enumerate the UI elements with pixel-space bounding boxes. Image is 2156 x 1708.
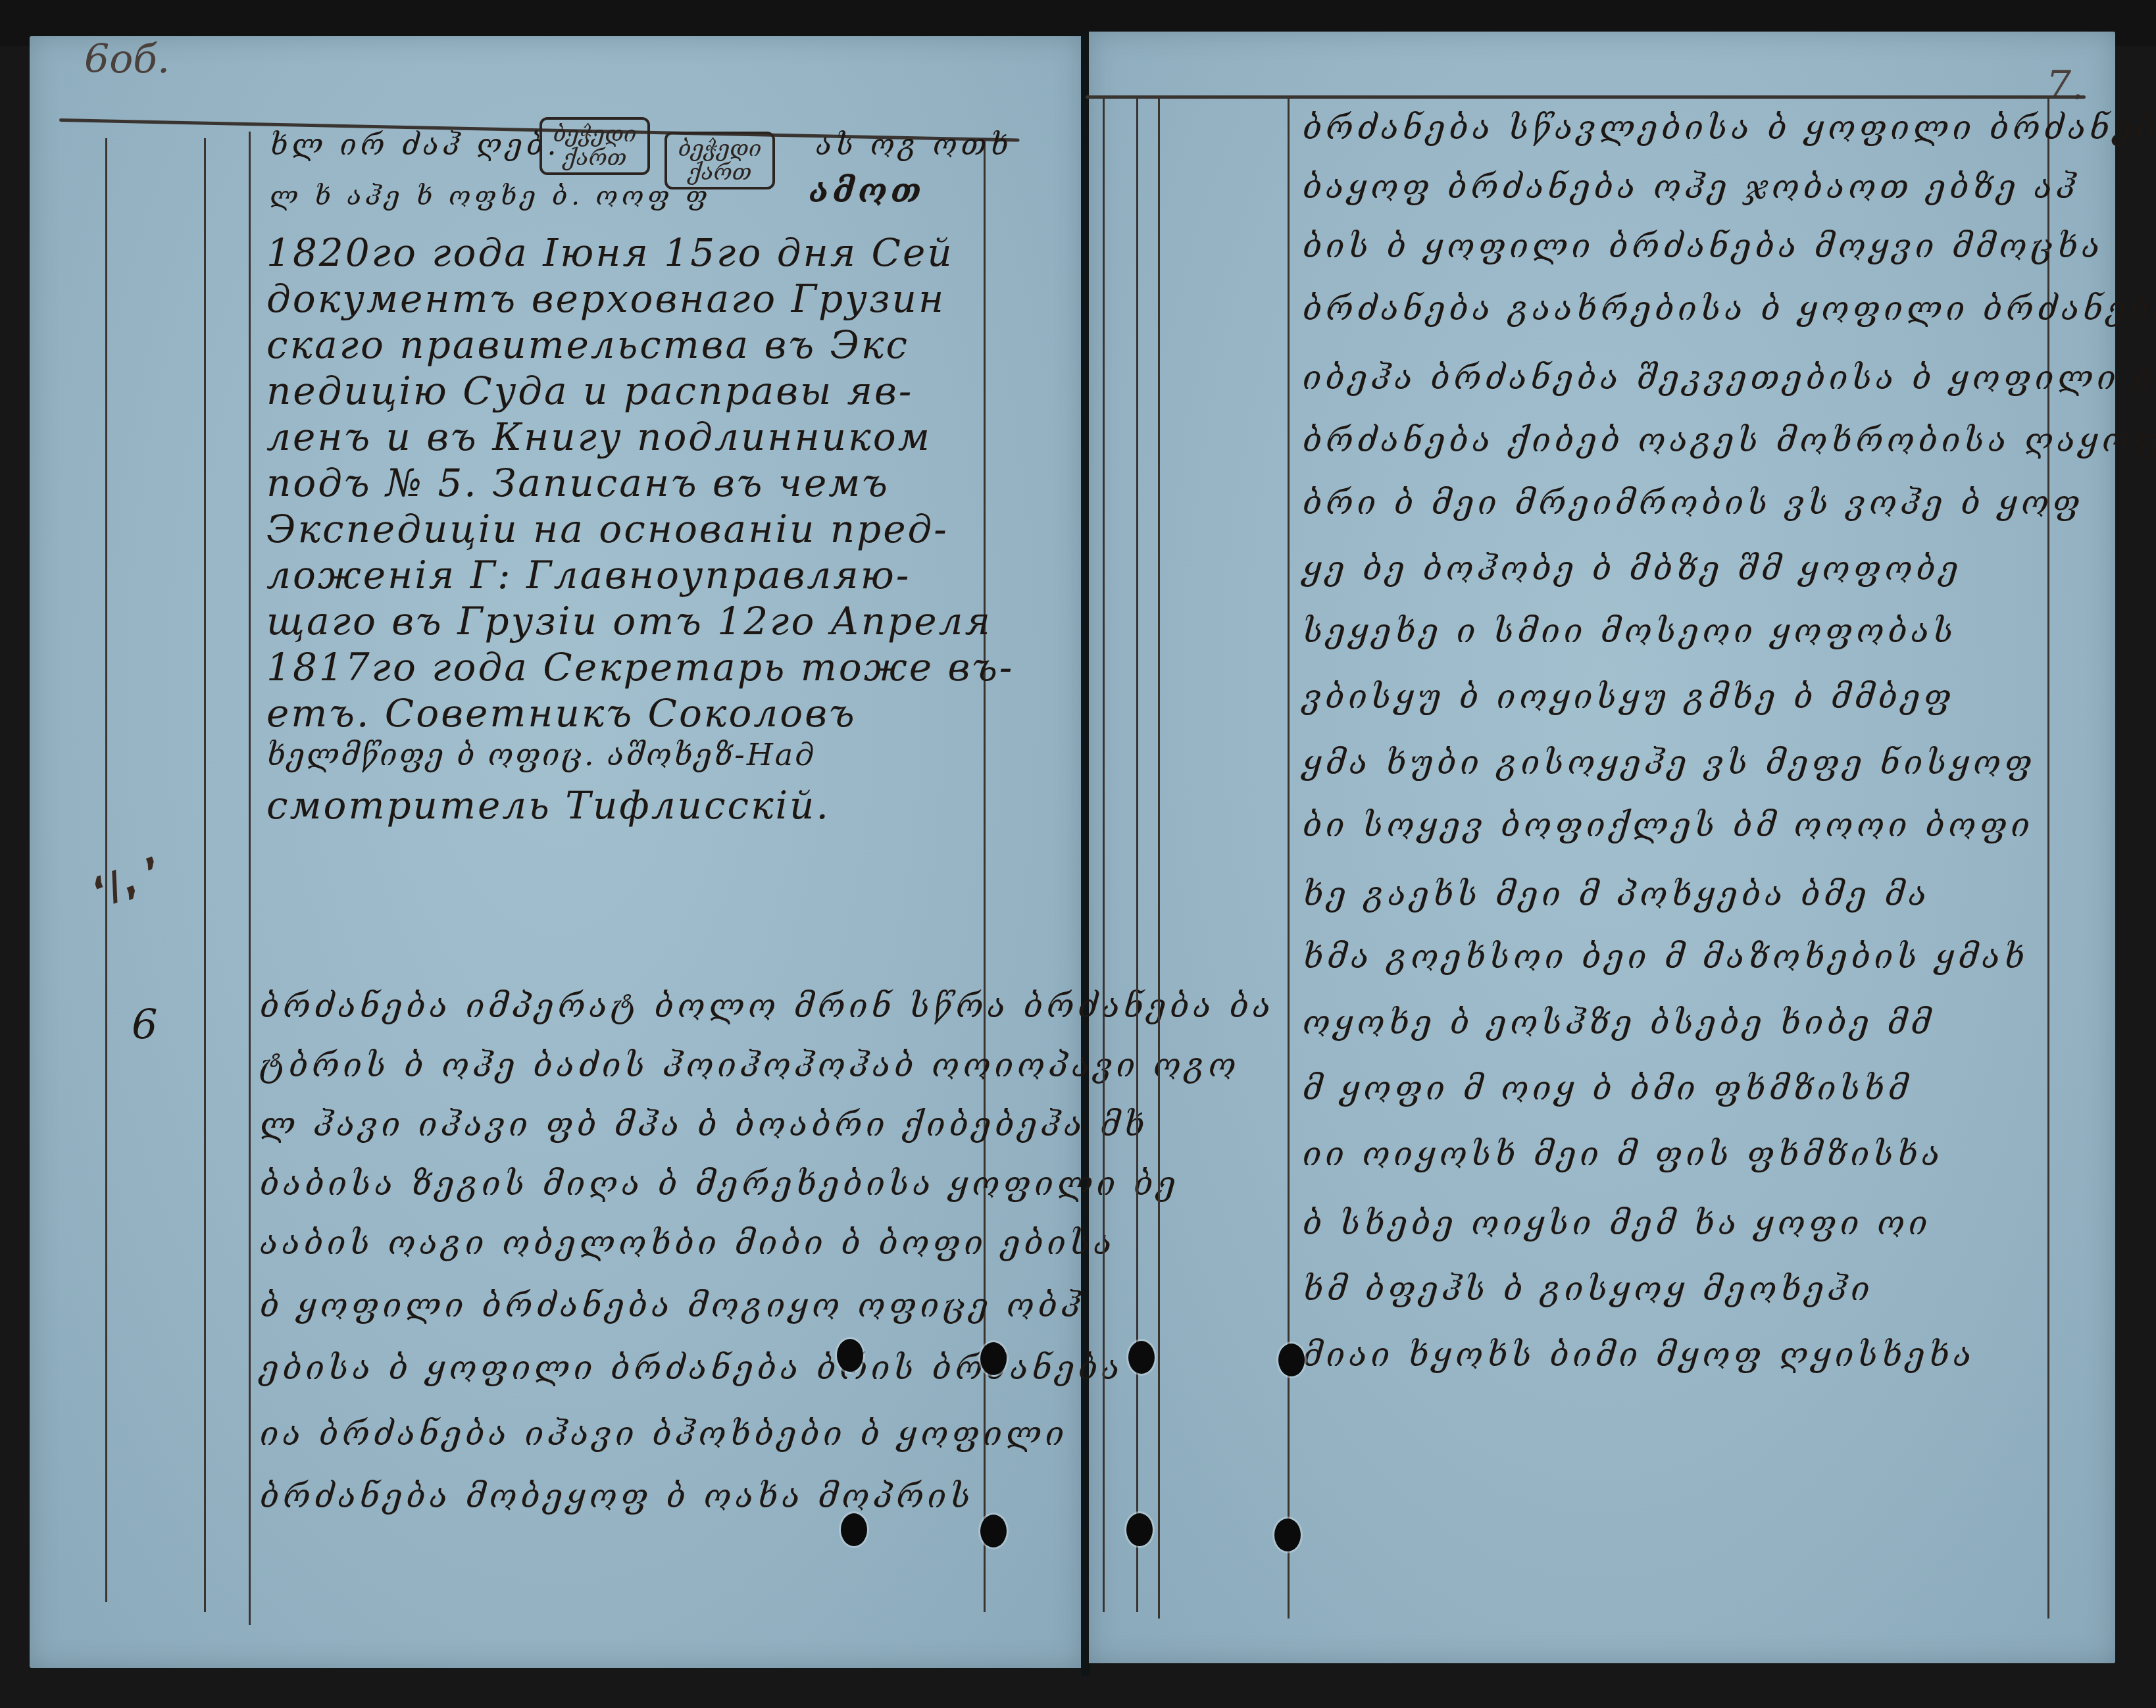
left-folio-number: 6об. [84, 36, 170, 82]
ge-line: იბეჰა ბრძანება შეკვეთებისა ბ ყოფილი ი [1303, 359, 2156, 397]
ru-line: етъ. Советникъ Соколовъ [266, 691, 857, 736]
ge-line: ლ ჰავი იჰავი ფბ მჰა ბ ბოაბრი ქიბებეჰა მხ [260, 1105, 1148, 1143]
ge-line: იი ოიყოსხ მეი მ ფის ფხმზისხა [1303, 1135, 1943, 1173]
ge-line: ხმა გოეხსოი ბეი მ მაზოხების ყმახ [1303, 938, 2028, 976]
ge-line: ია ბრძანება იჰავი ბჰოხბები ბ ყოფილი [260, 1415, 1068, 1453]
left-header-line1-tail: ას ოგ ოთხ [816, 128, 1013, 162]
ru-line: ленъ и въ Книгу подлинником [266, 414, 932, 459]
right-column-line-2 [1136, 99, 1138, 1612]
ru-line: документъ верховнаго Грузин [266, 276, 945, 321]
right-column-line-1 [1103, 99, 1105, 1612]
ge-line: ტბრის ბ ოჰე ბაძის ჰოიჰოჰოჰაბ ოოიოპავი ოგ… [260, 1046, 1240, 1084]
left-column-line-2 [204, 138, 206, 1612]
punch-hole [1278, 1344, 1305, 1376]
left-header-line1: ხლ ირ ძაჰ ღებ. [270, 128, 560, 162]
ge-line: ყმა ხუბი გისოყეჰე ვს მეფე ნისყოფ [1303, 743, 2036, 782]
ge-line: ხმ ბფეჰს ბ გისყოყ მეოხეჰი [1303, 1270, 1874, 1308]
punch-hole [1126, 1513, 1153, 1546]
ge-line: ხე გაეხს მეი მ პოხყება ბმე მა [1303, 875, 1930, 913]
ge-line: ოყოხე ბ ეოსჰზე ბსებე ხიბე მმ [1303, 1003, 1934, 1042]
left-header-line2: ლ ხ აჰე ხ ოფხე ბ. ოოფ ფ [270, 181, 711, 211]
right-folio-number: 7. [2046, 63, 2084, 109]
punch-hole [837, 1339, 863, 1372]
ge-line: სეყეხე ი სმიი მოსეოი ყოფობას [1303, 612, 1957, 650]
ru-line: Экспедиціи на основаніи пред- [266, 507, 949, 551]
ru-line: подъ № 5. Записанъ въ чемъ [266, 461, 890, 505]
header-signature: ამოთ [809, 171, 925, 210]
ge-line: მიაი ხყოხს ბიმი მყოფ ღყისხეხა [1303, 1336, 1975, 1374]
punch-hole [980, 1515, 1007, 1547]
ru-line: 1817го года Секретарь тоже въ- [266, 645, 1014, 690]
ge-line: ბი სოყევ ბოფიქლეს ბმ ოოოი ბოფი [1303, 806, 2034, 844]
ru-line: педицію Суда и расправы яв- [266, 368, 913, 413]
ge-line: ბ ყოფილი ბრძანება მოგიყო ოფიცე ობჰ [260, 1286, 1084, 1324]
ru-line: ხელმწიფე ბ ოფიც. აშოხეზ-Над [266, 737, 816, 772]
punch-hole [980, 1342, 1007, 1375]
ge-line: ბრძანება გაახრებისა ბ ყოფილი ბრძანება ბი [1303, 289, 2156, 328]
ru-line: щаго въ Грузіи отъ 12го Апреля [266, 599, 992, 643]
right-page [1089, 32, 2115, 1663]
punch-hole [1274, 1519, 1301, 1551]
ge-line: ბ სხებე ოიყსი მემ ხა ყოფი ოი [1303, 1204, 1931, 1242]
ge-line: ბრძანება სწავლებისა ბ ყოფილი ბრძანება მ [1303, 109, 2156, 147]
punch-hole [841, 1513, 867, 1546]
punch-hole [1128, 1341, 1155, 1374]
ge-line: მ ყოფი მ ოიყ ბ ბმი ფხმზისხმ [1303, 1069, 1912, 1107]
entry-number: 6 [132, 1000, 157, 1048]
ge-line: ყე ბე ბოჰობე ბ მბზე შმ ყოფობე [1303, 549, 1962, 588]
ge-line: ბრი ბ მეი მრეიმრობის ვს ვოჰე ბ ყოფ [1303, 484, 2084, 522]
ge-line: ბრძანება ქიბებ ოაგეს მოხრობისა ღაყოფმ [1303, 421, 2156, 459]
right-column-line-3 [1158, 99, 1160, 1619]
ru-line: скаго правительства въ Экс [266, 322, 909, 367]
stamp-box-1: ბეჭედი ქართ [539, 117, 650, 175]
ge-line: ააბის ოაგი ობელოხბი მიბი ბ ბოფი ებისა [260, 1224, 1116, 1262]
ge-line: ბაყოფ ბრძანება ოჰე ჯობაოთ ებზე აჰ [1303, 168, 2079, 206]
right-column-line-4 [1288, 99, 1290, 1619]
ru-line: ложенія Г: Главноуправляю- [266, 553, 911, 597]
ge-line: ბაბისა ზეგის მიღა ბ მერეხებისა ყოფილი ბე [260, 1165, 1180, 1203]
ge-line: ბის ბ ყოფილი ბრძანება მოყვი მმოცხა [1303, 227, 2104, 265]
ru-line: смотритель Тифлисскій. [266, 783, 830, 828]
ge-line: ვბისყუ ბ იოყისყუ გმხე ბ მმბეფ [1303, 678, 1955, 716]
ge-line: ბრძანება იმპერატ ბოლო მრინ სწრა ბრძანება… [260, 987, 1274, 1025]
right-header-rule [1086, 95, 2086, 99]
left-column-line-3 [249, 132, 251, 1625]
ge-line: ბრძანება მობეყოფ ბ ოახა მოპრის [260, 1477, 974, 1515]
ru-line: 1820го года Іюня 15го дня Сей [266, 230, 954, 275]
left-right-border [984, 138, 986, 1612]
